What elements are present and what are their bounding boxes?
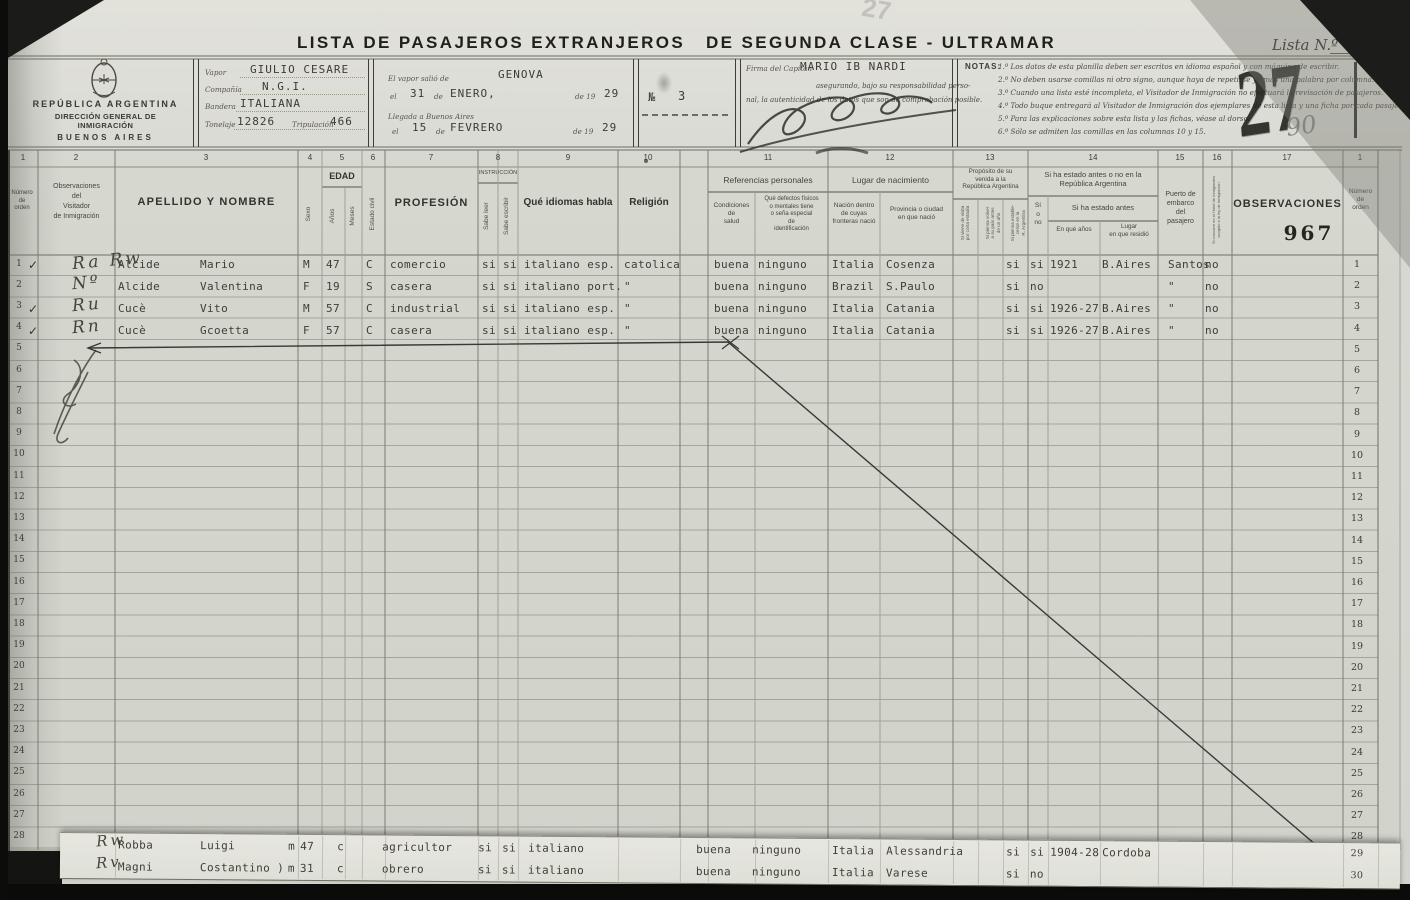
row-number-left: 20 [8, 661, 30, 671]
cell-given: Vito [200, 302, 228, 315]
cell-surname: Robba [118, 838, 153, 851]
cell-surname: Cucè [118, 324, 146, 337]
cell-write: si [502, 841, 516, 854]
cell-sex: F [303, 324, 310, 337]
cell-been: si [1030, 302, 1044, 315]
row-number-right: 23 [1344, 725, 1370, 736]
cell-rel: " [624, 302, 631, 315]
cell-prof: casera [390, 324, 432, 337]
cell-write: si [503, 324, 517, 337]
row-number-left: 13 [8, 513, 30, 523]
cell-rel: catolica [624, 258, 680, 271]
cell-prof: obrero [382, 863, 424, 876]
cell-prov: Alessandria [886, 844, 963, 858]
table-row: ✓Ra RwAlcideMarioM47Ccomerciosisiitalian… [0, 258, 1410, 273]
cell-given: Gcoetta [200, 324, 249, 337]
cell-prov: Catania [886, 324, 935, 337]
cell-c16: no [1205, 302, 1219, 315]
cell-years: 1904-28 [1050, 846, 1099, 859]
cell-def: ninguno [758, 324, 807, 337]
cell-given: Costantino ) [200, 861, 284, 875]
table-row: ✓RnCucèGcoettaF57Ccaserasisiitaliano esp… [0, 324, 1410, 339]
cell-sex: M [303, 258, 310, 271]
cell-health: buena [714, 280, 749, 293]
row-number-left: 22 [8, 704, 30, 714]
cell-age: 57 [326, 324, 340, 337]
cell-prov: Varese [886, 866, 928, 879]
cell-prov: Cosenza [886, 258, 935, 271]
cell-place: B.Aires [1102, 258, 1151, 271]
cell-surname: Cucè [118, 302, 146, 315]
cell-p13: si [1006, 324, 1020, 337]
cell-nation: Italia [832, 258, 874, 271]
row-number-left: 24 [8, 746, 30, 756]
cell-c16: no [1205, 280, 1219, 293]
row-number-left: 16 [8, 577, 30, 587]
row-number-right: 15 [1344, 556, 1370, 567]
cell-p13: si [1006, 280, 1020, 293]
row-number-left: 12 [8, 492, 30, 502]
cell-lang: italiano esp. [524, 258, 615, 271]
table-body: 1122334455667788991010111112121313141415… [0, 0, 1410, 900]
row-number-left: 8 [8, 407, 30, 417]
cell-place: B.Aires [1102, 324, 1151, 337]
row-number-left: 23 [8, 725, 30, 735]
row-number-left: 19 [8, 640, 30, 650]
cell-lang: italiano esp. [524, 302, 615, 315]
cell-surname: Alcide [118, 280, 160, 293]
row-number-right: 25 [1344, 768, 1370, 779]
cell-write: si [502, 863, 516, 876]
row-number-right: 24 [1344, 747, 1370, 758]
cell-health: buena [714, 258, 749, 271]
row-number-right: 28 [1344, 831, 1370, 842]
cell-civil: C [366, 258, 373, 271]
cell-surname: Magni [118, 860, 153, 873]
row-number-right: 11 [1344, 471, 1370, 482]
cell-age: 47 [300, 840, 314, 853]
row-number-right: 26 [1344, 789, 1370, 800]
cell-p13: si [1006, 302, 1020, 315]
row-number-right: 20 [1344, 662, 1370, 673]
row-number-right: 14 [1344, 535, 1370, 546]
cell-sex: M [303, 302, 310, 315]
row-number-right: 13 [1344, 513, 1370, 524]
cell-def: ninguno [758, 302, 807, 315]
cell-rel: " [624, 280, 631, 293]
cell-sex: m [288, 840, 295, 853]
row-number-right: 16 [1344, 577, 1370, 588]
cell-rel: " [624, 324, 631, 337]
row-number-left: 10 [8, 449, 30, 459]
cell-lang: italiano esp. [524, 324, 615, 337]
cell-read: si [478, 841, 492, 854]
row-number-left: 6 [8, 365, 30, 375]
cell-place: B.Aires [1102, 302, 1151, 315]
cell-civil: S [366, 280, 373, 293]
cell-port: Santos [1168, 258, 1210, 271]
cell-hand: Ru [71, 294, 102, 317]
row-number-right: 22 [1344, 704, 1370, 715]
cell-health: buena [696, 865, 731, 878]
cell-port: " [1168, 280, 1175, 293]
cell-p13: si [1006, 258, 1020, 271]
row-number-right: 9 [1344, 429, 1370, 440]
cell-check: ✓ [28, 324, 38, 338]
cell-def: ninguno [752, 865, 801, 878]
cell-nation: Italia [832, 866, 874, 879]
cell-years: 1926-27 [1050, 302, 1099, 315]
cell-age: 31 [300, 862, 314, 875]
cell-prov: S.Paulo [886, 280, 935, 293]
cell-lang: italiano [528, 864, 584, 877]
cell-read: si [482, 324, 496, 337]
cell-years: 1926-27 [1050, 324, 1099, 337]
cell-hand: Rn [71, 316, 102, 339]
cell-been: si [1030, 258, 1044, 271]
table-row: ✓RuCucèVitoM57Cindustrialsisiitaliano es… [0, 302, 1410, 317]
cell-age: 57 [326, 302, 340, 315]
row-number-right: 27 [1344, 810, 1370, 821]
row-number-left: 21 [8, 683, 30, 693]
cell-nation: Italia [832, 302, 874, 315]
cell-given: Mario [200, 258, 235, 271]
cell-def: ninguno [758, 258, 807, 271]
cell-given: Luigi [200, 839, 235, 852]
row-number-left: 27 [8, 810, 30, 820]
row-number-left: 11 [8, 471, 30, 481]
cell-read: si [478, 863, 492, 876]
cell-sex: m [288, 862, 295, 875]
cell-def: ninguno [752, 843, 801, 856]
row-number-left: 15 [8, 555, 30, 565]
cell-rnum: 29 [1344, 848, 1370, 859]
cell-nation: Italia [832, 844, 874, 857]
cell-read: si [482, 302, 496, 315]
row-number-left: 18 [8, 619, 30, 629]
cell-sex: F [303, 280, 310, 293]
cell-health: buena [696, 843, 731, 856]
scan-edge-left [0, 0, 8, 900]
row-number-right: 21 [1344, 683, 1370, 694]
cell-lang: italiano port. [524, 280, 622, 293]
row-number-left: 14 [8, 534, 30, 544]
row-number-right: 8 [1344, 407, 1370, 418]
cell-civil: c [337, 862, 344, 875]
row-number-left: 5 [8, 343, 30, 353]
row-number-right: 6 [1344, 365, 1370, 376]
cell-health: buena [714, 324, 749, 337]
cell-prof: casera [390, 280, 432, 293]
cell-c16: no [1205, 258, 1219, 271]
row-number-left: 25 [8, 767, 30, 777]
cell-years: 1921 [1050, 258, 1078, 271]
cell-nation: Italia [832, 324, 874, 337]
row-number-left: 26 [8, 789, 30, 799]
row-number-left: 9 [8, 428, 30, 438]
cell-def: ninguno [758, 280, 807, 293]
cell-write: si [503, 280, 517, 293]
cell-port: " [1168, 324, 1175, 337]
cell-hand: Nº [71, 272, 102, 294]
cell-read: si [482, 280, 496, 293]
cell-prof: comercio [390, 258, 446, 271]
row-number-right: 18 [1344, 619, 1370, 630]
row-number-right: 12 [1344, 492, 1370, 503]
cell-civil: C [366, 302, 373, 315]
cell-been: si [1030, 846, 1044, 859]
cell-civil: c [337, 840, 344, 853]
cell-civil: C [366, 324, 373, 337]
cell-prov: Catania [886, 302, 935, 315]
cell-p13: si [1006, 867, 1020, 880]
cell-been: si [1030, 324, 1044, 337]
row-number-right: 7 [1344, 386, 1370, 397]
cell-surname: Alcide [118, 258, 160, 271]
row-number-right: 10 [1344, 450, 1370, 461]
cell-been: no [1030, 868, 1044, 881]
cell-rnum: 30 [1344, 870, 1370, 881]
overlay-strip: RwRobbaLuigim47cagricultorsisiitalianobu… [0, 832, 1410, 896]
row-number-left: 17 [8, 598, 30, 608]
cell-check: ✓ [28, 302, 38, 316]
row-number-right: 5 [1344, 344, 1370, 355]
row-number-right: 17 [1344, 598, 1370, 609]
cell-write: si [503, 258, 517, 271]
cell-write: si [503, 302, 517, 315]
cell-prof: agricultor [382, 841, 452, 855]
cell-c16: no [1205, 324, 1219, 337]
cell-place: Cordoba [1102, 846, 1151, 859]
cell-health: buena [714, 302, 749, 315]
cell-lang: italiano [528, 842, 584, 855]
scanned-passenger-list-page: LISTA DE PASAJEROS EXTRANJEROS DE SEGUND… [0, 0, 1410, 900]
cell-port: " [1168, 302, 1175, 315]
cell-check: ✓ [28, 258, 38, 272]
cell-been: no [1030, 280, 1044, 293]
cell-age: 19 [326, 280, 340, 293]
row-number-right: 19 [1344, 641, 1370, 652]
table-row: NºAlcideValentinaF19Scaserasisiitaliano … [0, 280, 1410, 295]
row-number-left: 7 [8, 386, 30, 396]
cell-prof: industrial [390, 302, 460, 315]
cell-age: 47 [326, 258, 340, 271]
cell-nation: Brazil [832, 280, 874, 293]
cell-read: si [482, 258, 496, 271]
cell-given: Valentina [200, 280, 263, 293]
cell-p13: si [1006, 845, 1020, 858]
